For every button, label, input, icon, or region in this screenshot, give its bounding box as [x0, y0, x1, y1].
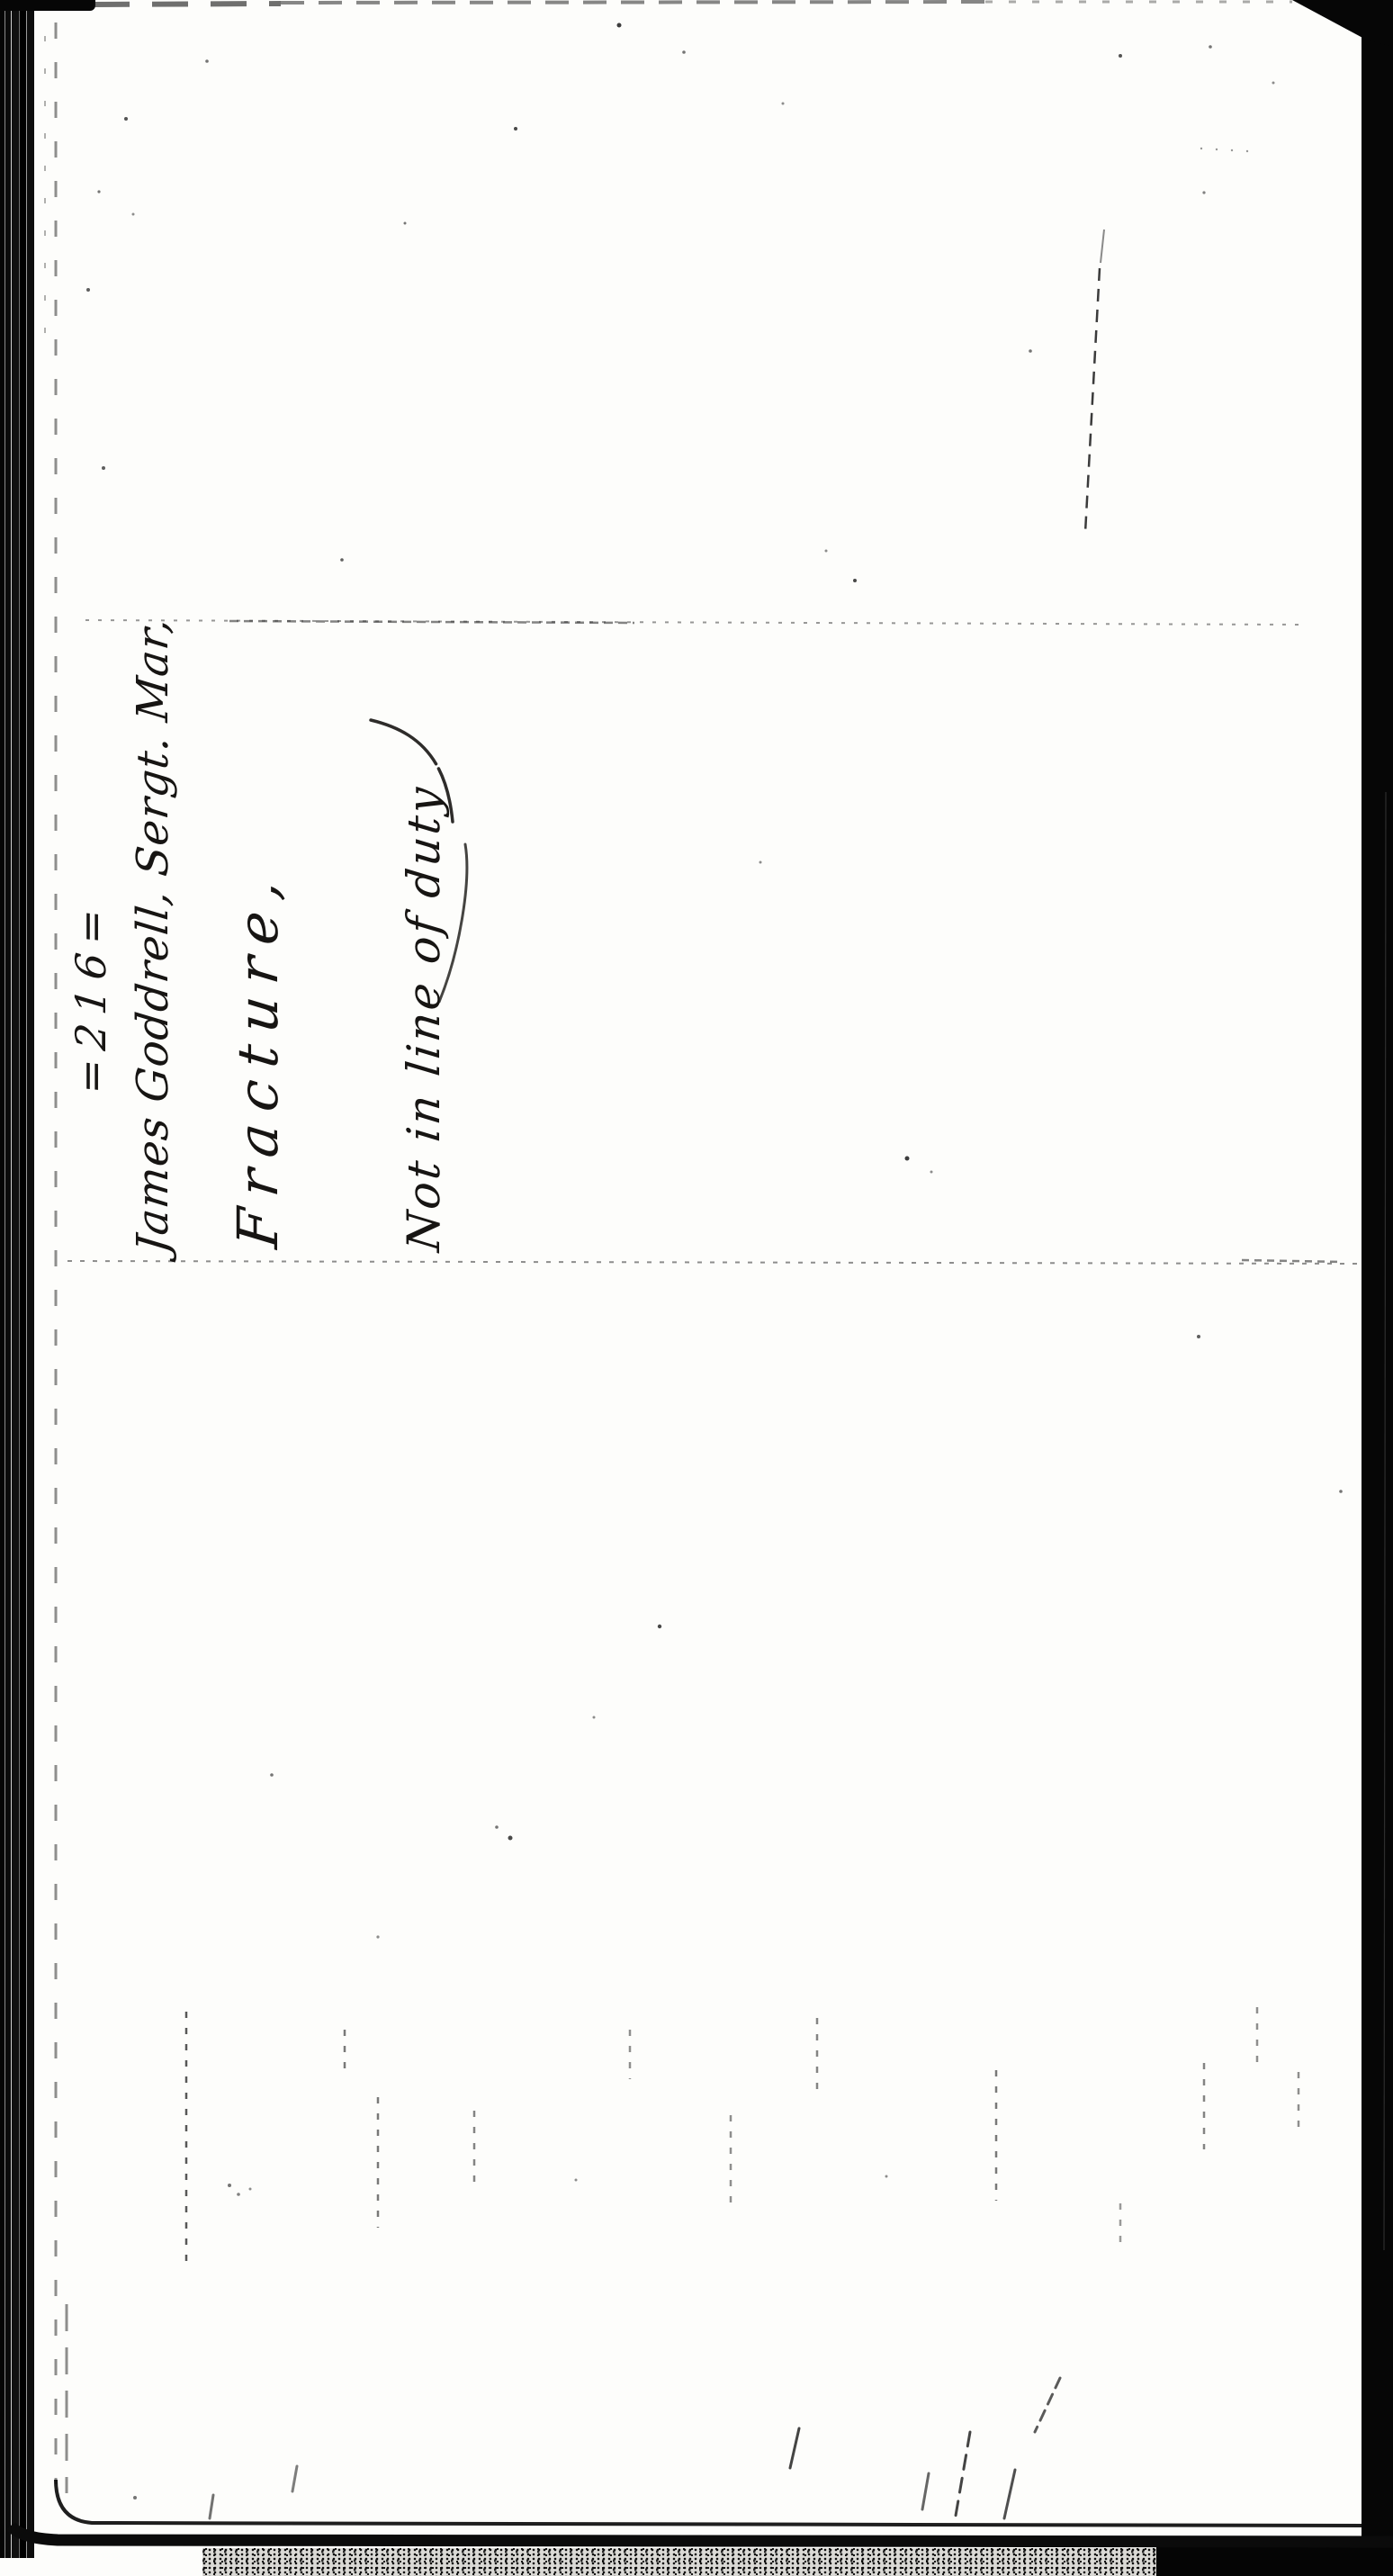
scanned-document-screenshot: { "document": { "case_number": "=216=", … [0, 0, 1393, 2576]
patient-name-line: James Goddrell, Sergt. Mar, [128, 616, 178, 1256]
case-number: =216= [67, 897, 115, 1096]
paper-page [0, 0, 1393, 2576]
handwritten-annotations: =216= James Goddrell, Sergt. Mar, Fractu… [63, 621, 486, 1260]
diagnosis-line: Fracture, [225, 865, 291, 1251]
scanner-black-band-right [1362, 0, 1393, 2576]
status-line: Not in line of duty [398, 782, 450, 1254]
book-binding-edge [0, 0, 34, 2558]
scanner-black-corner-bottom-right [1156, 2544, 1393, 2576]
scanner-black-bar-top [0, 0, 95, 11]
